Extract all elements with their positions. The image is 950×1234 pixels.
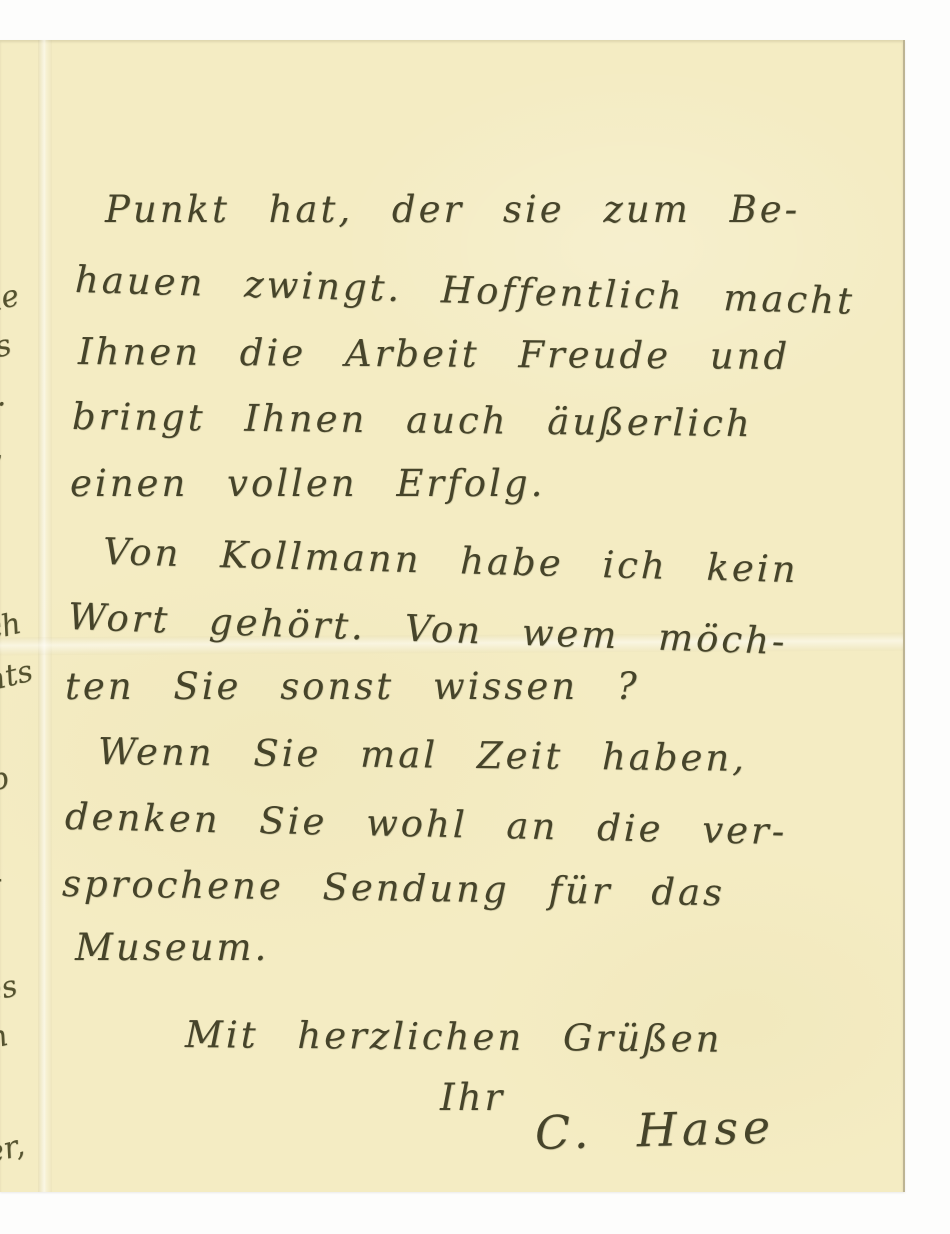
facing-page-text-fragment: er, — [0, 1128, 28, 1171]
letter-line: Ihnen die Arbeit Freude und — [78, 332, 790, 378]
facing-page-text-fragment: , — [0, 431, 6, 467]
letter-line: sprochene Sendung für das — [62, 864, 726, 914]
letter-line: Punkt hat, der sie zum Be- — [105, 190, 800, 231]
facing-page-text-fragment: n — [0, 1018, 11, 1057]
facing-page-text-fragment: ichts — [0, 654, 36, 706]
scan-background: he is r. , lich ichts b - es n er, Punkt… — [0, 0, 950, 1234]
letter-line: hauen zwingt. Hoffentlich macht — [74, 260, 855, 322]
letter-line: Wenn Sie mal Zeit haben, — [98, 732, 747, 779]
letter-line: einen vollen Erfolg. — [70, 464, 545, 505]
vertical-fold-crease — [38, 40, 52, 1192]
letter-line: bringt Ihnen auch äußerlich — [72, 397, 753, 445]
letter-line: Von Kollmann habe ich kein — [102, 532, 799, 591]
letter-page: he is r. , lich ichts b - es n er, Punkt… — [0, 40, 905, 1192]
letter-line: ten Sie sonst wissen ? — [65, 667, 640, 708]
signature: C. Hase — [534, 1102, 775, 1159]
closing-salutation: Mit herzlichen Grüßen — [185, 1015, 723, 1060]
letter-line: Museum. — [75, 928, 269, 969]
facing-page-text-fragment: b — [0, 760, 13, 799]
letter-line: denken Sie wohl an die ver- — [65, 797, 788, 853]
closing-pronoun: Ihr — [440, 1078, 505, 1119]
facing-page-text-fragment: is — [0, 327, 15, 367]
facing-page-text-fragment: he — [0, 278, 23, 321]
facing-page-text-fragment: - — [0, 861, 6, 897]
facing-page-text-fragment: es — [0, 969, 21, 1011]
facing-page-text-fragment: r. — [0, 378, 9, 417]
